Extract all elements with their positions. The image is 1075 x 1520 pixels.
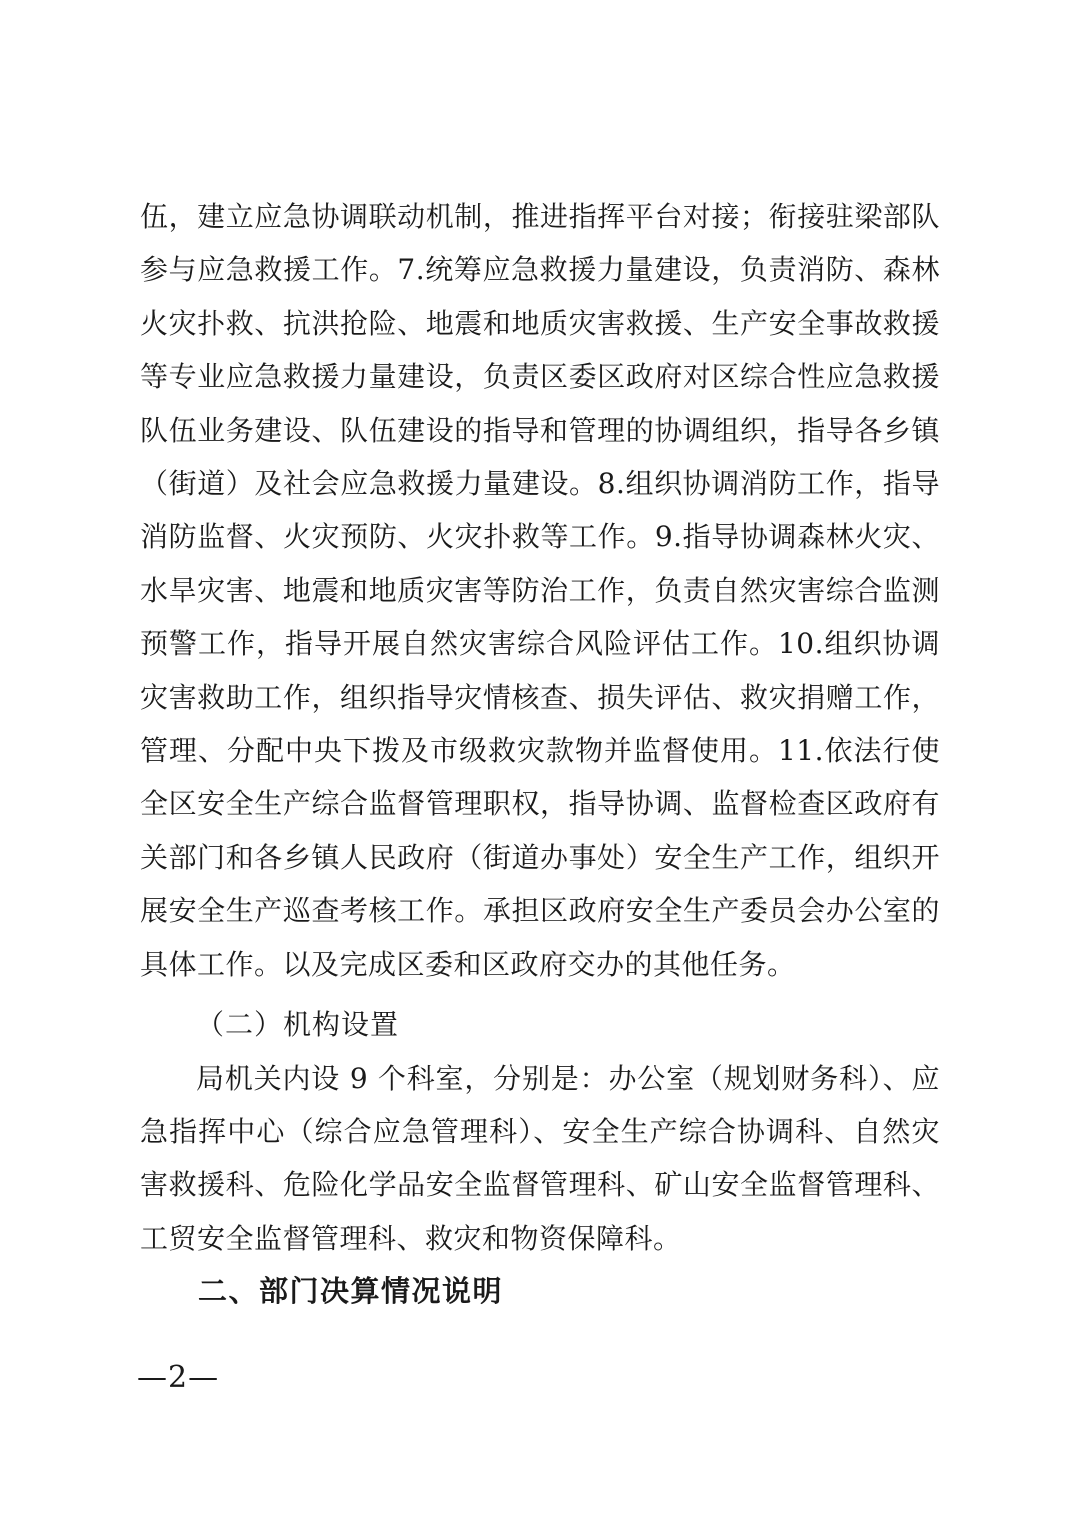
section-heading-organization: （二）机构设置 [140,998,940,1051]
text-line: 队伍业务建设、队伍建设的指导和管理的协调组织，指导各乡镇 [140,404,940,457]
text-line: 急指挥中心（综合应急管理科）、安全生产综合协调科、自然灾 [140,1105,940,1158]
text-line: 具体工作。以及完成区委和区政府交办的其他任务。 [140,938,940,991]
text-line: 局机关内设 9 个科室，分别是：办公室（规划财务科）、应 [140,1052,940,1105]
text-line: 关部门和各乡镇人民政府（街道办事处）安全生产工作，组织开 [140,831,940,884]
text-line: 害救援科、危险化学品安全监督管理科、矿山安全监督管理科、 [140,1158,940,1211]
text-line: 预警工作，指导开展自然灾害综合风险评估工作。10.组织协调 [140,617,940,670]
major-heading-budget-statement: 二、部门决算情况说明 [140,1265,940,1318]
text-line: 灾害救助工作，组织指导灾情核查、损失评估、救灾捐赠工作， [140,671,940,724]
text-line: 消防监督、火灾预防、火灾扑救等工作。9.指导协调森林火灾、 [140,510,940,563]
text-line: 管理、分配中央下拨及市级救灾款物并监督使用。11.依法行使 [140,724,940,777]
document-page: 伍，建立应急协调联动机制，推进指挥平台对接；衔接驻梁部队 参与应急救援工作。7.… [0,0,1075,1520]
paragraph-duties-continued: 伍，建立应急协调联动机制，推进指挥平台对接；衔接驻梁部队 参与应急救援工作。7.… [140,190,940,991]
paragraph-organization: 局机关内设 9 个科室，分别是：办公室（规划财务科）、应 急指挥中心（综合应急管… [140,1052,940,1266]
text-line: （街道）及社会应急救援力量建设。8.组织协调消防工作，指导 [140,457,940,510]
page-number-footer: —2— [137,1360,219,1396]
text-line: 水旱灾害、地震和地质灾害等防治工作，负责自然灾害综合监测 [140,564,940,617]
text-line: 参与应急救援工作。7.统筹应急救援力量建设，负责消防、森林 [140,243,940,296]
text-line: 等专业应急救援力量建设，负责区委区政府对区综合性应急救援 [140,350,940,403]
text-line: 工贸安全监督管理科、救灾和物资保障科。 [140,1212,940,1265]
text-line: 伍，建立应急协调联动机制，推进指挥平台对接；衔接驻梁部队 [140,190,940,243]
text-line: 火灾扑救、抗洪抢险、地震和地质灾害救援、生产安全事故救援 [140,297,940,350]
document-body: 伍，建立应急协调联动机制，推进指挥平台对接；衔接驻梁部队 参与应急救援工作。7.… [140,190,940,1319]
text-line: 全区安全生产综合监督管理职权，指导协调、监督检查区政府有 [140,777,940,830]
text-line: 展安全生产巡查考核工作。承担区政府安全生产委员会办公室的 [140,884,940,937]
